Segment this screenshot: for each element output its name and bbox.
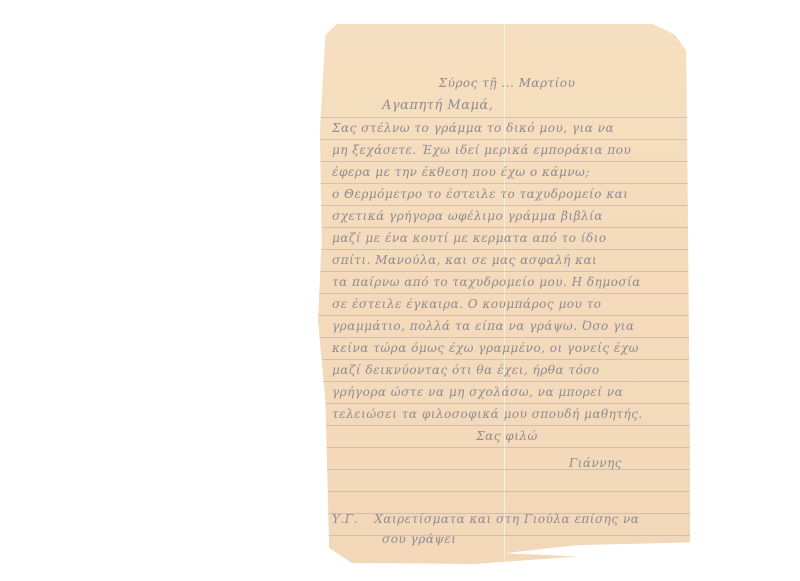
body-line: Σας στέλνω το γράμμα το δικό μου, για να bbox=[332, 121, 682, 135]
postscript-label: Υ.Γ. bbox=[332, 512, 358, 526]
body-line: έφερα με την έκθεση που έχω ο κάμνω; bbox=[332, 165, 682, 179]
letter-signature: Γιάννης bbox=[332, 456, 682, 470]
body-line: σπίτι. Μανούλα, και σε μας ασφαλή και bbox=[332, 253, 682, 267]
body-line: τα παίρνω από το ταχυδρομείο μου. Η δημο… bbox=[332, 275, 682, 289]
body-line: μαζί με ένα κουτί με κερματα από το ίδιο bbox=[332, 231, 682, 245]
letter-header-line: Σύρος τῇ ... Μαρτίου bbox=[332, 76, 682, 90]
letter-closing: Σας φιλώ bbox=[332, 429, 682, 443]
body-line: μη ξεχάσετε. Έχω ιδεί μερικά εμποράκια π… bbox=[332, 143, 682, 157]
postscript-text: Χαιρετίσματα και στη Γιούλα επίσης να bbox=[362, 512, 639, 526]
body-line: μαζί δεικνύοντας ότι θα έχει, ήρθα τόσο bbox=[332, 363, 682, 377]
body-line: κείνα τώρα όμως έχω γραμμένο, οι γονείς … bbox=[332, 341, 682, 355]
body-line: σε έστειλε έγκαιρα. Ο κουμπάρος μου το bbox=[332, 297, 682, 311]
body-line: ο Θερμόμετρο το έστειλε το ταχυδρομείο κ… bbox=[332, 187, 682, 201]
body-line: γρήγορα ώστε να μη σχολάσω, να μπορεί να bbox=[332, 385, 682, 399]
body-line: γραμμάτιο, πολλά τα είπα να γράψω. Όσο γ… bbox=[332, 319, 682, 333]
letter-salutation: Αγαπητή Μαμά, bbox=[332, 98, 682, 113]
body-line: τελειώσει τα φιλοσοφικά μου σπουδή μαθητ… bbox=[332, 407, 682, 421]
postscript-line: σου γράψει bbox=[332, 532, 682, 546]
postscript-line: Υ.Γ. Χαιρετίσματα και στη Γιούλα επίσης … bbox=[332, 512, 682, 526]
letter-paper: Σύρος τῇ ... Μαρτίου Αγαπητή Μαμά, Σας σ… bbox=[318, 24, 690, 564]
body-line: σχετικά γρήγορα ωφέλιμο γράμμα βιβλία bbox=[332, 209, 682, 223]
